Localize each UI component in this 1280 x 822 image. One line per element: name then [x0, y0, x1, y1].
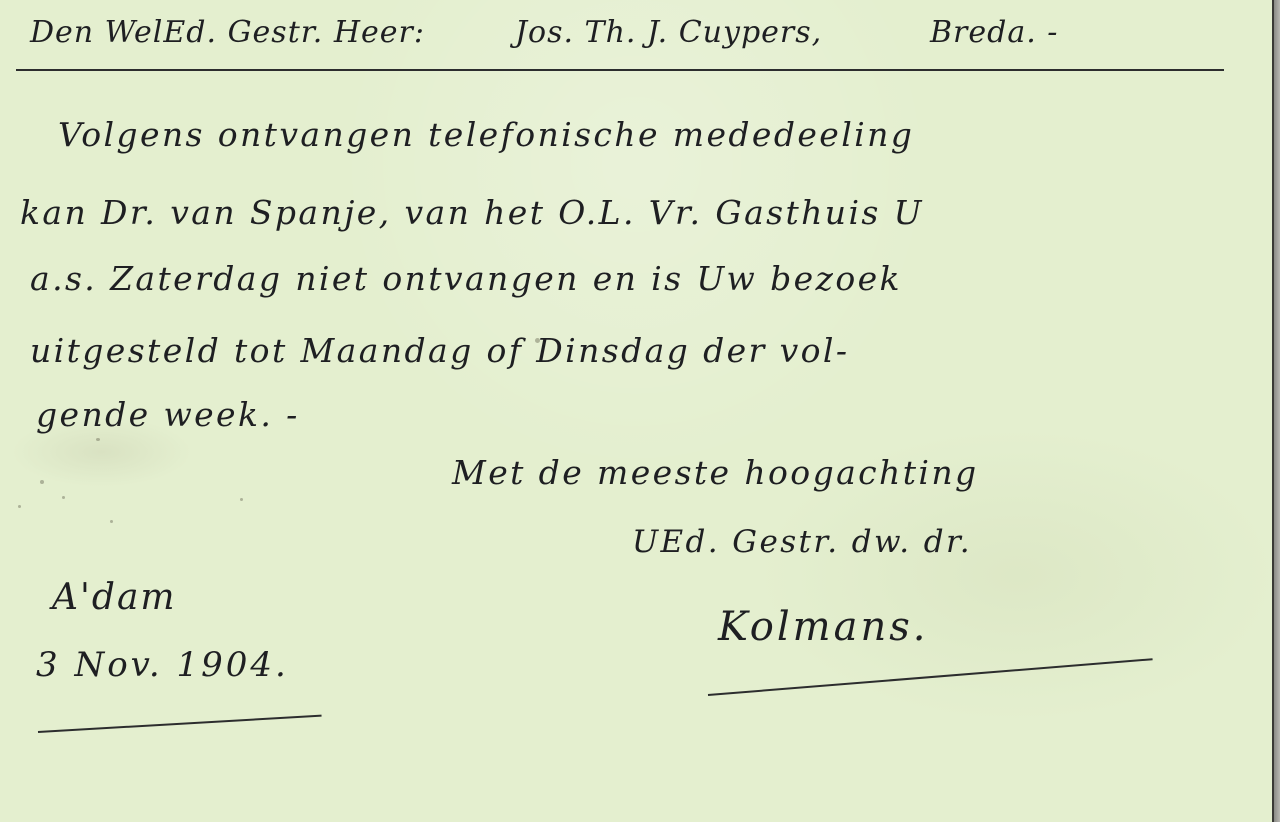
stain-speck	[535, 338, 540, 343]
body-line-2: kan Dr. van Spanje, van het O.L. Vr. Gas…	[20, 196, 924, 229]
stain-speck	[62, 496, 65, 499]
body-line-5: gende week. -	[36, 398, 300, 431]
address-city: Breda. -	[930, 18, 1058, 48]
body-line-3: a.s. Zaterdag niet ontvangen en is Uw be…	[30, 262, 902, 295]
body-line-1: Volgens ontvangen telefonische mededeeli…	[58, 118, 914, 151]
postcard: Den WelEd. Gestr. Heer: Jos. Th. J. Cuyp…	[0, 0, 1274, 822]
closing-line-2: UEd. Gestr. dw. dr.	[632, 527, 972, 558]
address-recipient: Jos. Th. J. Cuypers,	[515, 18, 822, 48]
place: A'dam	[52, 580, 177, 616]
stain-speck	[240, 498, 243, 501]
address-salutation: Den WelEd. Gestr. Heer:	[30, 18, 425, 48]
closing-line-1: Met de meeste hoogachting	[452, 456, 979, 489]
card-edge	[1274, 0, 1280, 822]
stain-speck	[18, 505, 21, 508]
stain-speck	[110, 520, 113, 523]
stain-speck	[96, 438, 100, 441]
signature-underline	[708, 658, 1153, 696]
date-underline	[38, 715, 322, 733]
address-underline	[16, 69, 1224, 71]
stain-speck	[40, 480, 44, 484]
signature: Kolmans.	[718, 607, 928, 647]
body-line-4: uitgesteld tot Maandag of Dinsdag der vo…	[30, 334, 849, 367]
date: 3 Nov. 1904.	[36, 648, 289, 682]
